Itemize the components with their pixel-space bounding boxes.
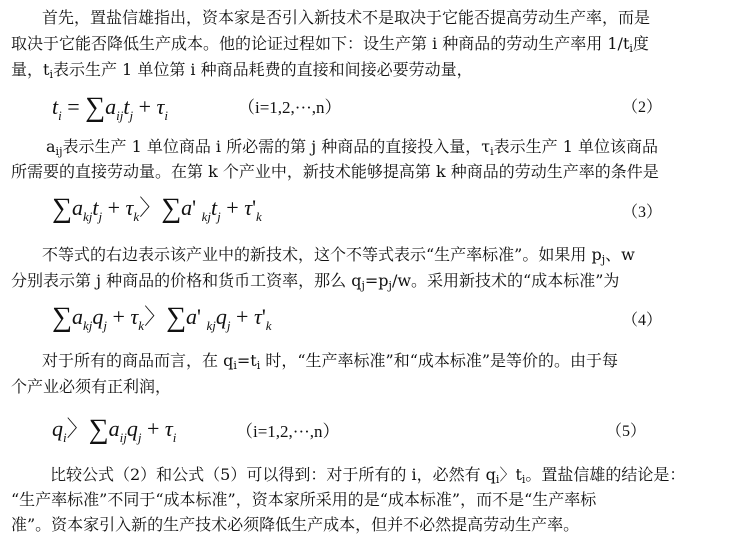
paragraph-2-line-1: aij表示生产 1 单位商品 i 所必需的第 j 种商品的直接投入量，τi表示生… bbox=[46, 137, 658, 162]
paragraph-1-line-1: 首先，置盐信雄指出，资本家是否引入新技术不是取决于它能否提高劳动生产率，而是 bbox=[42, 8, 650, 28]
text: 取决于它能否降低生产成本。他的论证过程如下：设生产第 i 种商品的劳动生产率用 … bbox=[11, 34, 629, 53]
equation-3-number: （3） bbox=[622, 203, 662, 223]
paragraph-4-line-2: 个产业必须有正利润， bbox=[11, 377, 171, 397]
text: 度 bbox=[633, 34, 649, 53]
paragraph-3-line-2: 分别表示第 j 种商品的价格和货币工资率，那么 qj=pj/w。采用新技术的“成… bbox=[11, 271, 619, 296]
text: 量，t bbox=[11, 60, 49, 79]
paragraph-1-line-2: 取决于它能否降低生产成本。他的论证过程如下：设生产第 i 种商品的劳动生产率用 … bbox=[11, 34, 649, 59]
equation-2-range: （i=1,2,···,n） bbox=[238, 98, 342, 118]
equation-2: ti = ∑aijtj + τi bbox=[52, 92, 168, 131]
paragraph-5-line-3: 准”。资本家引入新的生产技术必须降低生产成本，但并不必然提高劳动生产率。 bbox=[11, 515, 579, 535]
equation-5-range: （i=1,2,···,n） bbox=[236, 422, 340, 442]
equation-2-number: （2） bbox=[622, 98, 662, 118]
equation-4: ∑akjqj + τk〉∑a' kjqj + τ'k bbox=[52, 302, 272, 341]
sum-symbol: ∑ bbox=[85, 92, 105, 123]
paragraph-5-line-2: “生产率标准”不同于“成本标准”，资本家所采用的是“成本标准”，而不是“生产率标 bbox=[11, 490, 596, 510]
text: 表示生产 1 单位第 i 种商品耗费的直接和间接必要劳动量， bbox=[53, 60, 473, 79]
paragraph-3-line-1: 不等式的右边表示该产业中的新技术，这个不等式表示“生产率标准”。如果用 pj、w bbox=[42, 245, 635, 270]
equation-3: ∑akjtj + τk〉∑a' kjtj + τ'k bbox=[52, 193, 262, 232]
paragraph-2-line-2: 所需要的直接劳动量。在第 k 个产业中，新技术能够提高第 k 种商品的劳动生产率… bbox=[11, 162, 659, 182]
paragraph-5-line-1: 比较公式（2）和公式（5）可以得到：对于所有的 i，必然有 qi〉ti。置盐信雄… bbox=[50, 465, 685, 490]
equation-4-number: （4） bbox=[622, 311, 662, 331]
equation-5: qi〉∑aijqj + τi bbox=[52, 414, 176, 453]
equation-5-number: （5） bbox=[606, 422, 646, 442]
paragraph-4-line-1: 对于所有的商品而言，在 qi=ti 时，“生产率标准”和“成本标准”是等价的。由… bbox=[42, 351, 618, 376]
paragraph-1-line-3: 量，ti表示生产 1 单位第 i 种商品耗费的直接和间接必要劳动量， bbox=[11, 60, 473, 85]
